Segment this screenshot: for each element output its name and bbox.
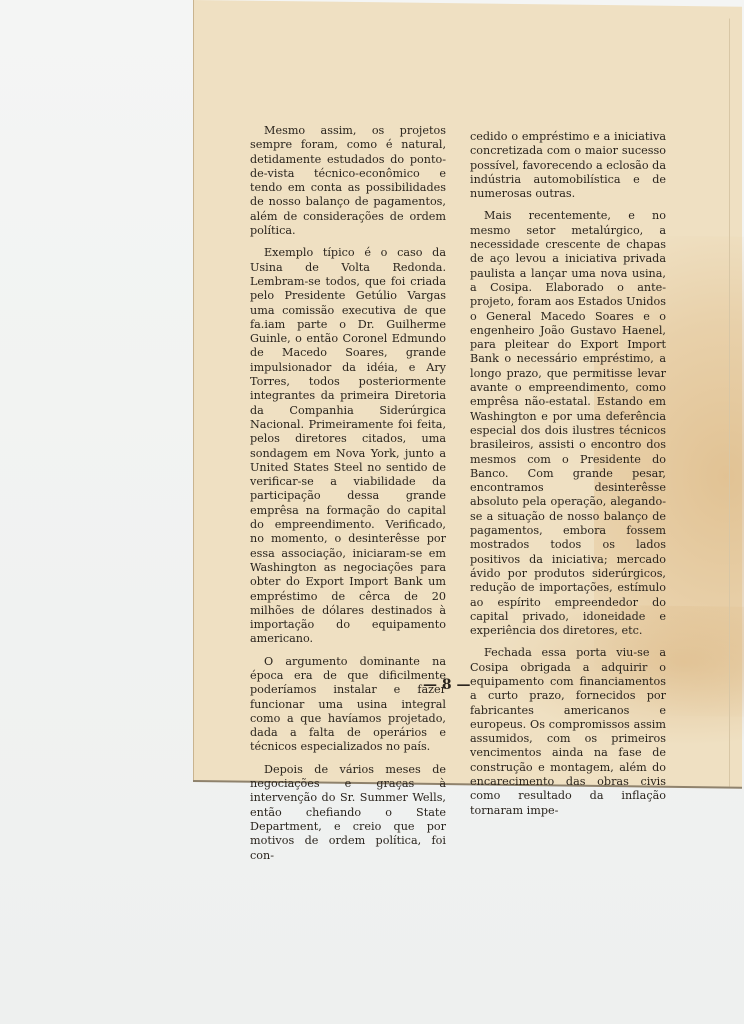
left-column: Mesmo assim, os projetos sempre foram, c… <box>250 124 446 871</box>
paragraph: Exemplo típico é o caso da Usina de Volt… <box>250 246 446 646</box>
paragraph: Mais recentemente, e no mesmo setor meta… <box>470 209 666 638</box>
paragraph-continued: cedido o empréstimo e a iniciativa concr… <box>470 130 666 201</box>
paragraph: Fechada essa porta viu-se a Cosipa obrig… <box>470 646 666 818</box>
right-column: cedido o empréstimo e a iniciativa concr… <box>470 130 666 826</box>
paragraph: Mesmo assim, os projetos sempre foram, c… <box>250 124 446 238</box>
paragraph: Depois de vários meses de negociações e … <box>250 763 446 863</box>
page-number: — 8 — <box>423 677 471 693</box>
paragraph: O argumento dominante na época era de qu… <box>250 655 446 755</box>
